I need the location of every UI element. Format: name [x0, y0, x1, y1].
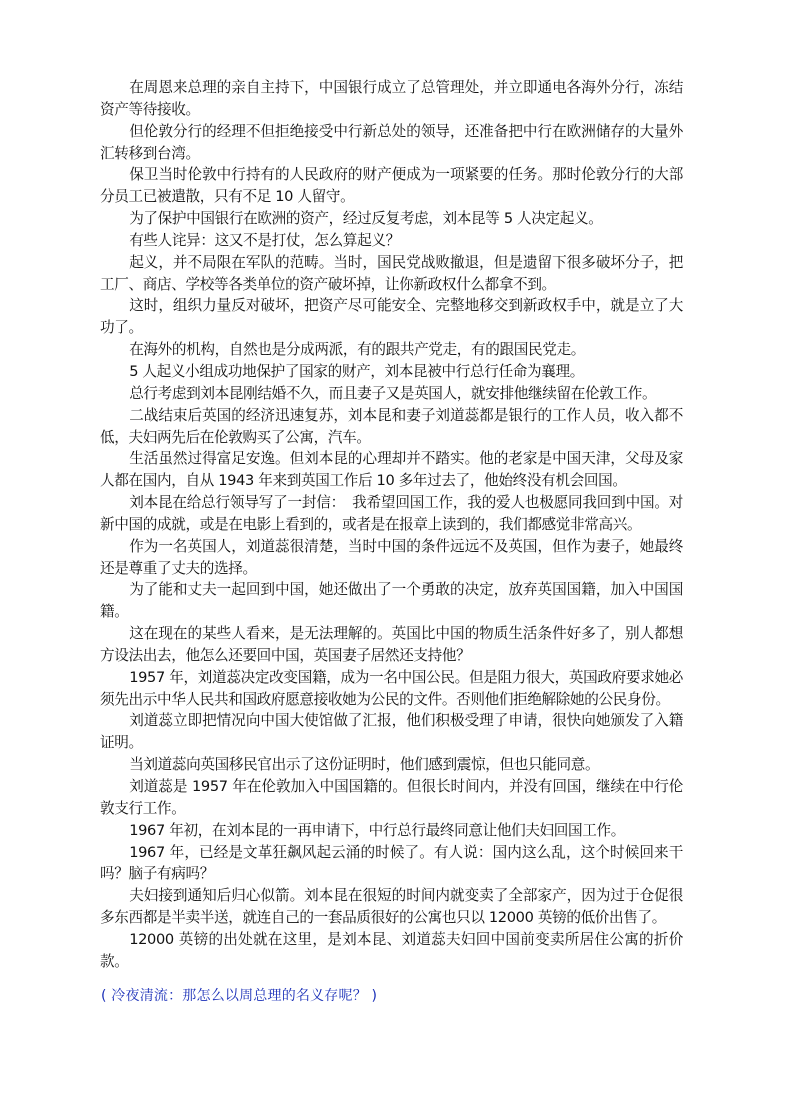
paragraph: 总行考虑到刘本昆刚结婚不久，而且妻子又是英国人，就安排他继续留在伦敦工作。 — [100, 383, 683, 405]
paragraph: 夫妇接到通知后归心似箭。刘本昆在很短的时间内就变卖了全部家产，因为过于仓促很多东… — [100, 885, 683, 929]
document-body: 在周恩来总理的亲自主持下，中国银行成立了总管理处，并立即通电各海外分行，冻结资产… — [100, 77, 683, 973]
paragraph: 当刘道蕊向英国移民官出示了这份证明时，他们感到震惊，但也只能同意。 — [100, 754, 683, 776]
paragraph: 作为一名英国人，刘道蕊很清楚，当时中国的条件远远不及英国，但作为妻子，她最终还是… — [100, 536, 683, 580]
paragraph: 刘道蕊立即把情况向中国大使馆做了汇报，他们积极受理了申请，很快向她颁发了入籍证明… — [100, 710, 683, 754]
paragraph: 起义，并不局限在军队的范畴。当时，国民党战败撤退，但是遗留下很多破坏分子，把工厂… — [100, 252, 683, 296]
paragraph: 这在现在的某些人看来，是无法理解的。英国比中国的物质生活条件好多了，别人都想方设… — [100, 623, 683, 667]
paragraph: 在海外的机构，自然也是分成两派，有的跟共产党走，有的跟国民党走。 — [100, 339, 683, 361]
paragraph: 保卫当时伦敦中行持有的人民政府的财产便成为一项紧要的任务。那时伦敦分行的大部分员… — [100, 164, 683, 208]
paragraph: 为了能和丈夫一起回到中国，她还做出了一个勇敢的决定，放弃英国国籍，加入中国国籍。 — [100, 579, 683, 623]
paragraph: 1967 年，已经是文革狂飙风起云涌的时候了。有人说：国内这么乱，这个时候回来干… — [100, 842, 683, 886]
paragraph: 在周恩来总理的亲自主持下，中国银行成立了总管理处，并立即通电各海外分行，冻结资产… — [100, 77, 683, 121]
paragraph: 这时，组织力量反对破坏，把资产尽可能安全、完整地移交到新政权手中，就是立了大功了… — [100, 295, 683, 339]
paragraph: 生活虽然过得富足安逸。但刘本昆的心理却并不踏实。他的老家是中国天津，父母及家人都… — [100, 448, 683, 492]
reader-comment: ( 冷夜清流：那怎么以周总理的名义存呢？ ) — [101, 985, 377, 1007]
paragraph: 1967 年初，在刘本昆的一再申请下，中行总行最终同意让他们夫妇回国工作。 — [100, 820, 683, 842]
paragraph: 12000 英镑的出处就在这里，是刘本昆、刘道蕊夫妇回中国前变卖所居住公寓的折价… — [100, 929, 683, 973]
paragraph: 有些人诧异：这又不是打仗，怎么算起义？ — [100, 230, 683, 252]
paragraph: 5 人起义小组成功地保护了国家的财产，刘本昆被中行总行任命为襄理。 — [100, 361, 683, 383]
paragraph: 但伦敦分行的经理不但拒绝接受中行新总处的领导，还准备把中行在欧洲储存的大量外汇转… — [100, 121, 683, 165]
paragraph: 为了保护中国银行在欧洲的资产，经过反复考虑，刘本昆等 5 人决定起义。 — [100, 208, 683, 230]
paragraph: 二战结束后英国的经济迅速复苏，刘本昆和妻子刘道蕊都是银行的工作人员，收入都不低，… — [100, 405, 683, 449]
paragraph: 刘本昆在给总行领导写了一封信： 我希望回国工作，我的爱人也极愿同我回到中国。对新… — [100, 492, 683, 536]
paragraph: 1957 年，刘道蕊决定改变国籍，成为一名中国公民。但是阻力很大，英国政府要求她… — [100, 667, 683, 711]
paragraph: 刘道蕊是 1957 年在伦敦加入中国国籍的。但很长时间内，并没有回国，继续在中行… — [100, 776, 683, 820]
